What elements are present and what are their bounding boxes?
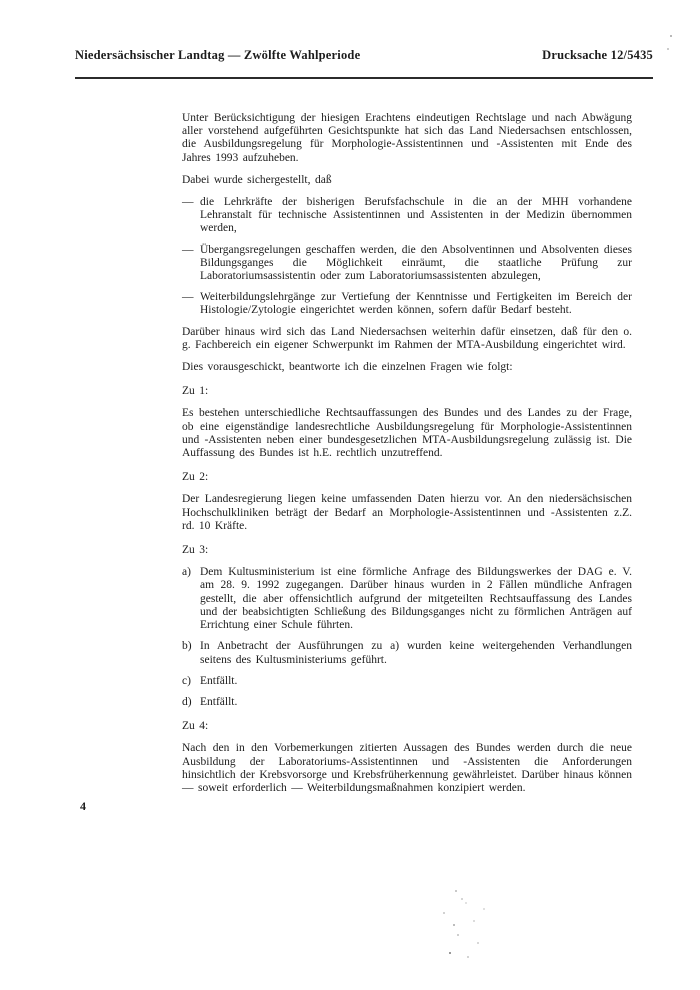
dash-marker: — bbox=[182, 291, 200, 317]
header-right-docnumber: Drucksache 12/5435 bbox=[542, 48, 653, 63]
dash-marker: — bbox=[182, 196, 200, 236]
dash-marker: — bbox=[182, 244, 200, 284]
document-body: Unter Berücksichtigung der hiesigen Erac… bbox=[182, 112, 632, 804]
section-paragraph-zu2: Der Landesregierung liegen keine umfasse… bbox=[182, 493, 632, 533]
paragraph-dabei: Dabei wurde sichergestellt, daß bbox=[182, 174, 632, 187]
header-rule bbox=[75, 77, 653, 79]
lettered-list-item: c) Entfällt. bbox=[182, 675, 632, 688]
dash-list-item: — Übergangsregelungen geschaffen werden,… bbox=[182, 244, 632, 284]
lettered-item-text: Entfällt. bbox=[200, 696, 632, 709]
dash-item-text: die Lehrkräfte der bisherigen Berufsfach… bbox=[200, 196, 632, 236]
section-heading-zu2: Zu 2: bbox=[182, 471, 632, 484]
paragraph-dies: Dies vorausgeschickt, beantworte ich die… bbox=[182, 361, 632, 374]
document-page: Niedersächsischer Landtag — Zwölfte Wahl… bbox=[0, 0, 700, 990]
letter-label: b) bbox=[182, 640, 200, 666]
section-paragraph-zu4: Nach den in den Vorbemerkungen zitierten… bbox=[182, 742, 632, 795]
lettered-list-item: a) Dem Kultusministerium ist eine förmli… bbox=[182, 566, 632, 632]
dash-item-text: Weiterbildungslehrgänge zur Vertiefung d… bbox=[200, 291, 632, 317]
paragraph-darueber: Darüber hinaus wird sich das Land Nieder… bbox=[182, 326, 632, 352]
dash-list-item: — die Lehrkräfte der bisherigen Berufsfa… bbox=[182, 196, 632, 236]
dash-list-item: — Weiterbildungslehrgänge zur Vertiefung… bbox=[182, 291, 632, 317]
lettered-item-text: In Anbetracht der Ausführungen zu a) wur… bbox=[200, 640, 632, 666]
lettered-list-item: d) Entfällt. bbox=[182, 696, 632, 709]
document-header: Niedersächsischer Landtag — Zwölfte Wahl… bbox=[75, 48, 653, 63]
lettered-item-text: Entfällt. bbox=[200, 675, 632, 688]
section-heading-zu1: Zu 1: bbox=[182, 385, 632, 398]
section-heading-zu3: Zu 3: bbox=[182, 544, 632, 557]
paragraph-intro: Unter Berücksichtigung der hiesigen Erac… bbox=[182, 112, 632, 165]
scan-noise-artifacts bbox=[455, 890, 457, 892]
lettered-item-text: Dem Kultusministerium ist eine förmliche… bbox=[200, 566, 632, 632]
header-left-title: Niedersächsischer Landtag — Zwölfte Wahl… bbox=[75, 48, 360, 63]
lettered-list-item: b) In Anbetracht der Ausführungen zu a) … bbox=[182, 640, 632, 666]
section-heading-zu4: Zu 4: bbox=[182, 720, 632, 733]
letter-label: a) bbox=[182, 566, 200, 632]
page-number: 4 bbox=[80, 799, 86, 814]
section-paragraph-zu1: Es bestehen unterschiedliche Rechtsauffa… bbox=[182, 407, 632, 460]
letter-label: d) bbox=[182, 696, 200, 709]
dash-item-text: Übergangsregelungen geschaffen werden, d… bbox=[200, 244, 632, 284]
letter-label: c) bbox=[182, 675, 200, 688]
